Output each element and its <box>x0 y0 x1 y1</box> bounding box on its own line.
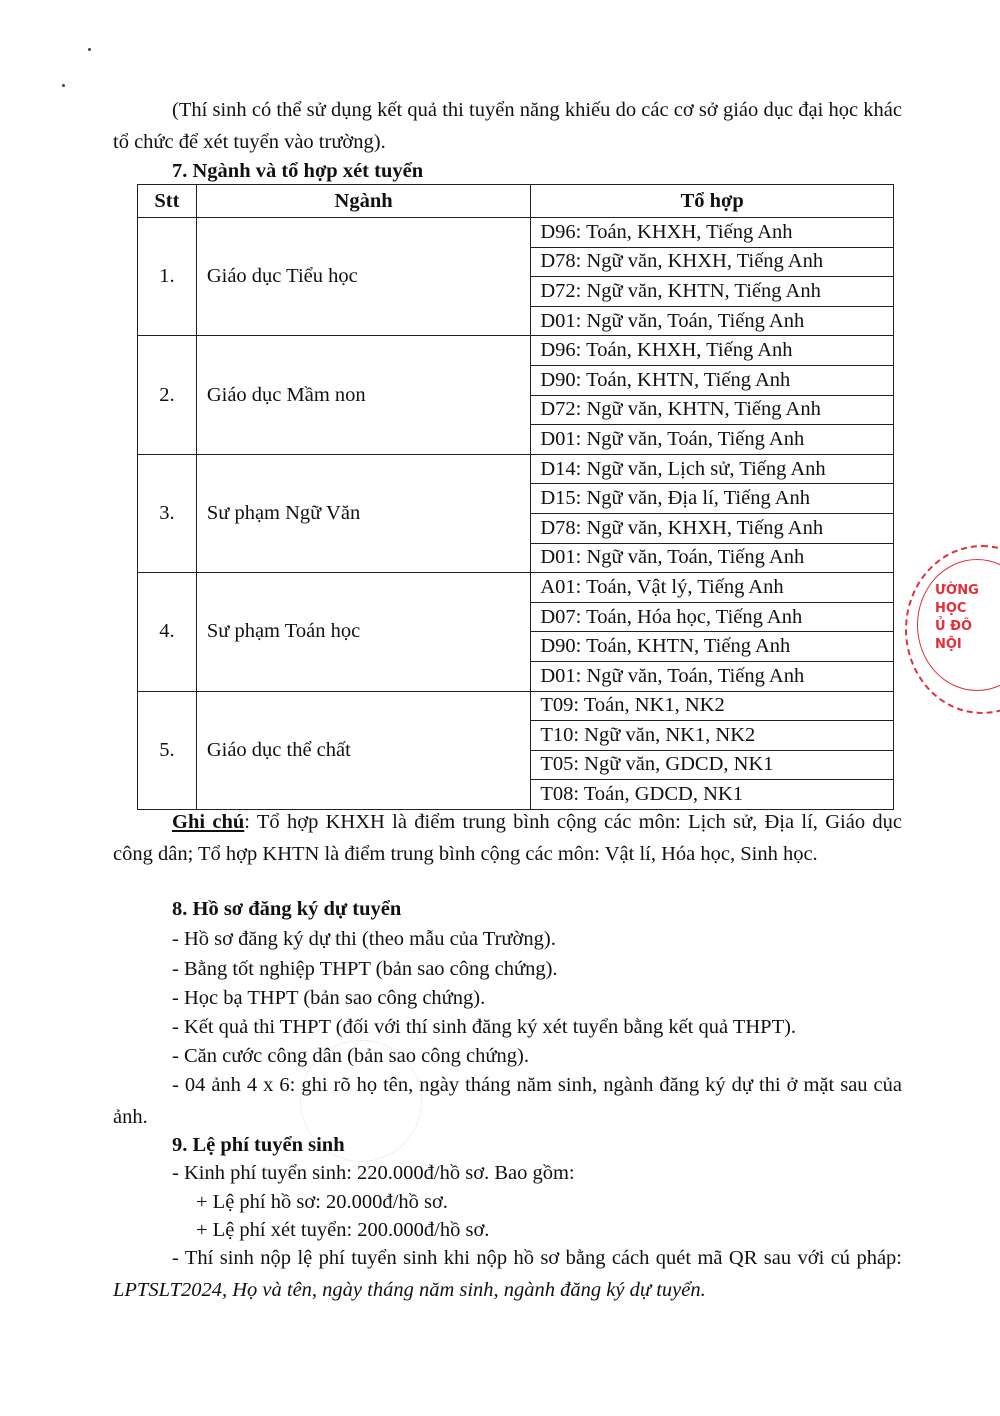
row-combo: T08: Toán, GDCD, NK1 <box>531 780 894 810</box>
table-row: 5.Giáo dục thể chấtT09: Toán, NK1, NK2 <box>138 691 894 721</box>
row-combo: D01: Ngữ văn, Toán, Tiếng Anh <box>531 661 894 691</box>
row-combo: D72: Ngữ văn, KHTN, Tiếng Anh <box>531 395 894 425</box>
row-combo: T05: Ngữ văn, GDCD, NK1 <box>531 750 894 780</box>
row-combo: D01: Ngữ văn, Toán, Tiếng Anh <box>531 425 894 455</box>
stamp-line: HỌC <box>935 600 979 618</box>
fee-item: + Lệ phí hồ sơ: 20.000đ/hồ sơ. <box>196 1191 448 1214</box>
row-stt: 1. <box>138 218 197 336</box>
row-stt: 2. <box>138 336 197 454</box>
note-label: Ghi chú <box>172 811 244 833</box>
row-combo: D96: Toán, KHXH, Tiếng Anh <box>531 336 894 366</box>
payment-syntax: LPTSLT2024, Họ và tên, ngày tháng năm si… <box>113 1279 706 1301</box>
row-major: Giáo dục Mầm non <box>196 336 531 454</box>
row-combo: D14: Ngữ văn, Lịch sử, Tiếng Anh <box>531 454 894 484</box>
docs-item: - Bằng tốt nghiệp THPT (bản sao công chứ… <box>172 958 558 981</box>
row-combo: A01: Toán, Vật lý, Tiếng Anh <box>531 573 894 603</box>
row-combo: D01: Ngữ văn, Toán, Tiếng Anh <box>531 543 894 573</box>
table-row: 1.Giáo dục Tiểu họcD96: Toán, KHXH, Tiến… <box>138 218 894 248</box>
row-combo: D90: Toán, KHTN, Tiếng Anh <box>531 365 894 395</box>
fee-item: + Lệ phí xét tuyển: 200.000đ/hồ sơ. <box>196 1219 489 1242</box>
row-major: Sư phạm Ngữ Văn <box>196 454 531 572</box>
school-seal-stamp: ƯỜNG HỌC Ủ ĐÔ NỘI <box>905 545 1000 714</box>
payment-instructions: - Thí sinh nộp lệ phí tuyển sinh khi nộp… <box>113 1242 902 1306</box>
docs-item: - Hồ sơ đăng ký dự thi (theo mẫu của Trư… <box>172 928 556 951</box>
header-major: Ngành <box>196 185 531 218</box>
payment-text: - Thí sinh nộp lệ phí tuyển sinh khi nộp… <box>172 1247 902 1269</box>
row-stt: 5. <box>138 691 197 809</box>
row-stt: 4. <box>138 573 197 691</box>
table-row: 2.Giáo dục Mầm nonD96: Toán, KHXH, Tiếng… <box>138 336 894 366</box>
intro-note: (Thí sinh có thể sử dụng kết quả thi tuy… <box>113 94 902 158</box>
row-combo: D90: Toán, KHTN, Tiếng Anh <box>531 632 894 662</box>
docs-item: - Học bạ THPT (bản sao công chứng). <box>172 987 485 1010</box>
table-row: 4.Sư phạm Toán họcA01: Toán, Vật lý, Tiế… <box>138 573 894 603</box>
row-combo: D15: Ngữ văn, Địa lí, Tiếng Anh <box>531 484 894 514</box>
section7-title: 7. Ngành và tổ hợp xét tuyển <box>172 160 423 183</box>
table-header-row: Stt Ngành Tổ hợp <box>138 185 894 218</box>
stamp-text: ƯỜNG HỌC Ủ ĐÔ NỘI <box>935 582 979 654</box>
row-major: Giáo dục thể chất <box>196 691 531 809</box>
row-combo: T10: Ngữ văn, NK1, NK2 <box>531 721 894 751</box>
header-combo: Tổ hợp <box>531 185 894 218</box>
stamp-line: NỘI <box>935 636 979 654</box>
row-combo: D01: Ngữ văn, Toán, Tiếng Anh <box>531 306 894 336</box>
section8-title: 8. Hồ sơ đăng ký dự tuyển <box>172 898 401 921</box>
row-combo: D72: Ngữ văn, KHTN, Tiếng Anh <box>531 277 894 307</box>
row-combo: T09: Toán, NK1, NK2 <box>531 691 894 721</box>
row-combo: D78: Ngữ văn, KHXH, Tiếng Anh <box>531 513 894 543</box>
scan-speck <box>62 84 65 87</box>
header-stt: Stt <box>138 185 197 218</box>
docs-item: - 04 ảnh 4 x 6: ghi rõ họ tên, ngày thán… <box>113 1069 902 1133</box>
table-row: 3.Sư phạm Ngữ VănD14: Ngữ văn, Lịch sử, … <box>138 454 894 484</box>
row-stt: 3. <box>138 454 197 572</box>
stamp-line: Ủ ĐÔ <box>935 618 979 636</box>
row-combo: D07: Toán, Hóa học, Tiếng Anh <box>531 602 894 632</box>
row-combo: D78: Ngữ văn, KHXH, Tiếng Anh <box>531 247 894 277</box>
stamp-bleed-through <box>300 1040 422 1162</box>
scan-speck <box>88 48 91 51</box>
document-page: (Thí sinh có thể sử dụng kết quả thi tuy… <box>0 0 1000 1416</box>
fee-total: - Kinh phí tuyển sinh: 220.000đ/hồ sơ. B… <box>172 1162 575 1185</box>
row-major: Sư phạm Toán học <box>196 573 531 691</box>
majors-table: Stt Ngành Tổ hợp 1.Giáo dục Tiểu họcD96:… <box>137 184 894 810</box>
table-note: Ghi chú: Tổ hợp KHXH là điểm trung bình … <box>113 806 902 870</box>
row-major: Giáo dục Tiểu học <box>196 218 531 336</box>
stamp-line: ƯỜNG <box>935 582 979 600</box>
docs-item: - Kết quả thi THPT (đối với thí sinh đăn… <box>172 1016 796 1039</box>
row-combo: D96: Toán, KHXH, Tiếng Anh <box>531 218 894 248</box>
